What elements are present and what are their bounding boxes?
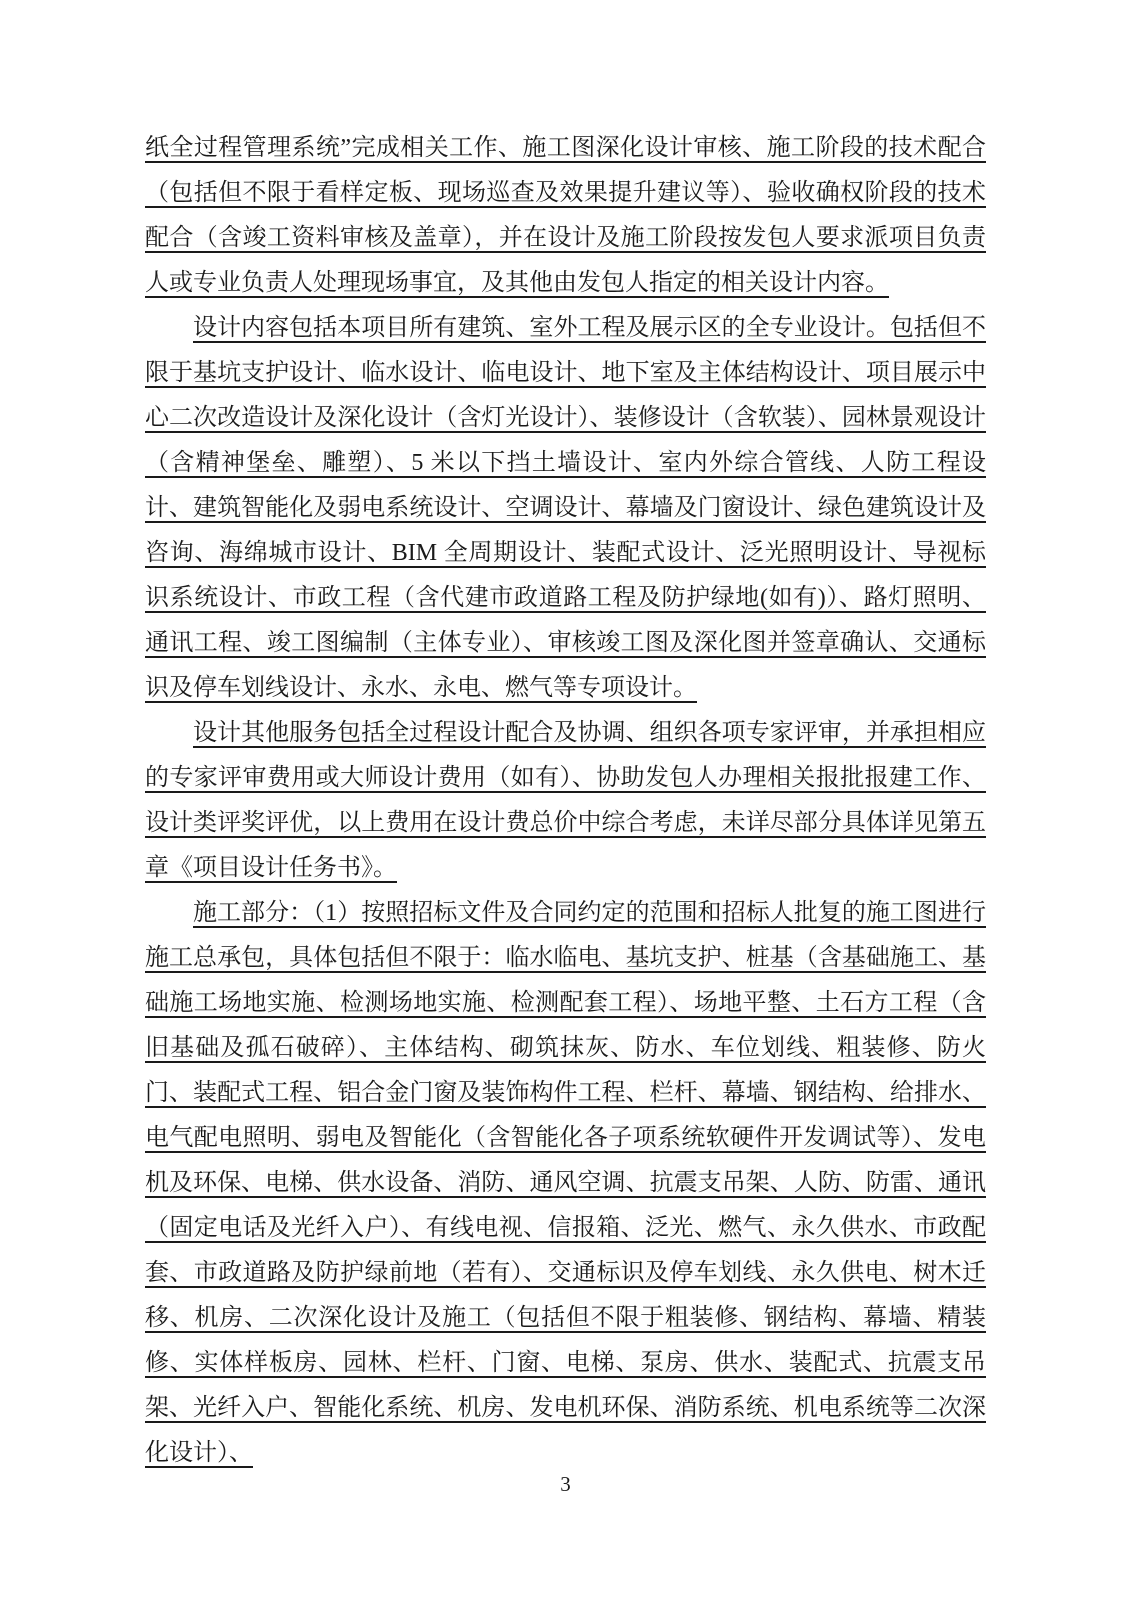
page-footer: 3 xyxy=(0,1472,1131,1497)
paragraph-design-other-services: 设计其他服务包括全过程设计配合及协调、组织各项专家评审，并承担相应的专家评审费用… xyxy=(145,711,986,891)
paragraph-design-scope: 设计内容包括本项目所有建筑、室外工程及展示区的全专业设计。包括但不限于基坑支护设… xyxy=(145,306,986,711)
paragraph-continuation: 纸全过程管理系统”完成相关工作、施工图深化设计审核、施工阶段的技术配合（包括但不… xyxy=(145,126,986,306)
page-number: 3 xyxy=(560,1472,571,1496)
document-body: 纸全过程管理系统”完成相关工作、施工图深化设计审核、施工阶段的技术配合（包括但不… xyxy=(145,126,986,1476)
paragraph-construction-scope: 施工部分：（1）按照招标文件及合同约定的范围和招标人批复的施工图进行施工总承包，… xyxy=(145,891,986,1476)
document-page: 纸全过程管理系统”完成相关工作、施工图深化设计审核、施工阶段的技术配合（包括但不… xyxy=(0,0,1131,1600)
